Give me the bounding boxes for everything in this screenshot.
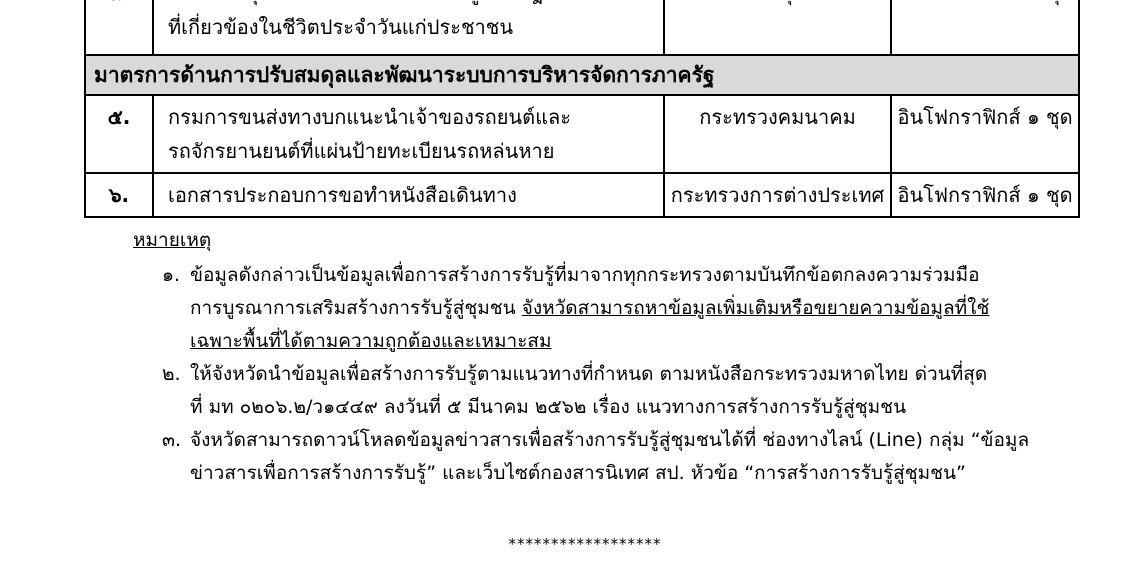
- row-number: ๔.: [85, 0, 153, 55]
- row-number: ๖.: [85, 173, 153, 217]
- row-item: กระทรวงยุติธรรม เสริมสร้างการรับรู้ด้านก…: [153, 0, 664, 55]
- note-item-3: ๓. จังหวัดสามารถดาวน์โหลดข้อมูลข่าวสารเพ…: [162, 424, 1048, 490]
- row-agency: กระทรวงคมนาคม: [664, 95, 891, 173]
- row-number: ๕.: [85, 95, 153, 173]
- note-item-2: ๒. ให้จังหวัดนำข้อมูลเพื่อสร้างการรับรู้…: [162, 358, 1048, 424]
- note-number: ๒.: [162, 358, 190, 424]
- section-header-label: มาตรการด้านการปรับสมดุลและพัฒนาระบบการบร…: [85, 55, 1079, 95]
- notes-heading: หมายเหตุ: [133, 224, 211, 257]
- row-item: กรมการขนส่งทางบกแนะนำเจ้าของรถยนต์และ รถ…: [153, 95, 664, 173]
- table-row: ๕. กรมการขนส่งทางบกแนะนำเจ้าของรถยนต์และ…: [85, 95, 1079, 173]
- notes-section: หมายเหตุ ๑. ข้อมูลดังกล่าวเป็นข้อมูลเพื่…: [133, 224, 1048, 490]
- measures-table: ๔. กระทรวงยุติธรรม เสริมสร้างการรับรู้ด้…: [84, 0, 1080, 218]
- row-quantity: อินโฟกราฟิกส์ ๓ ชุด: [891, 0, 1079, 55]
- table-row: ๖. เอกสารประกอบการขอทำหนังสือเดินทาง กระ…: [85, 173, 1079, 217]
- row-item: เอกสารประกอบการขอทำหนังสือเดินทาง: [153, 173, 664, 217]
- note-text: ให้จังหวัดนำข้อมูลเพื่อสร้างการรับรู้ตาม…: [190, 358, 1048, 424]
- note-text: ข้อมูลดังกล่าวเป็นข้อมูลเพื่อการสร้างการ…: [190, 259, 1048, 358]
- note-number: ๑.: [162, 259, 190, 358]
- row-agency: กระทรวงยุติธรรม: [664, 0, 891, 55]
- row-quantity: อินโฟกราฟิกส์ ๑ ชุด: [891, 173, 1079, 217]
- notes-list: ๑. ข้อมูลดังกล่าวเป็นข้อมูลเพื่อการสร้าง…: [162, 259, 1048, 490]
- note-item-1: ๑. ข้อมูลดังกล่าวเป็นข้อมูลเพื่อการสร้าง…: [162, 259, 1048, 358]
- footer-separator: ******************: [0, 535, 1130, 553]
- row-agency: กระทรวงการต่างประเทศ: [664, 173, 891, 217]
- note-number: ๓.: [162, 424, 190, 490]
- table-row: ๔. กระทรวงยุติธรรม เสริมสร้างการรับรู้ด้…: [85, 0, 1079, 55]
- note-text: จังหวัดสามารถดาวน์โหลดข้อมูลข่าวสารเพื่อ…: [190, 424, 1048, 490]
- row-quantity: อินโฟกราฟิกส์ ๑ ชุด: [891, 95, 1079, 173]
- table-section-header-row: มาตรการด้านการปรับสมดุลและพัฒนาระบบการบร…: [85, 55, 1079, 95]
